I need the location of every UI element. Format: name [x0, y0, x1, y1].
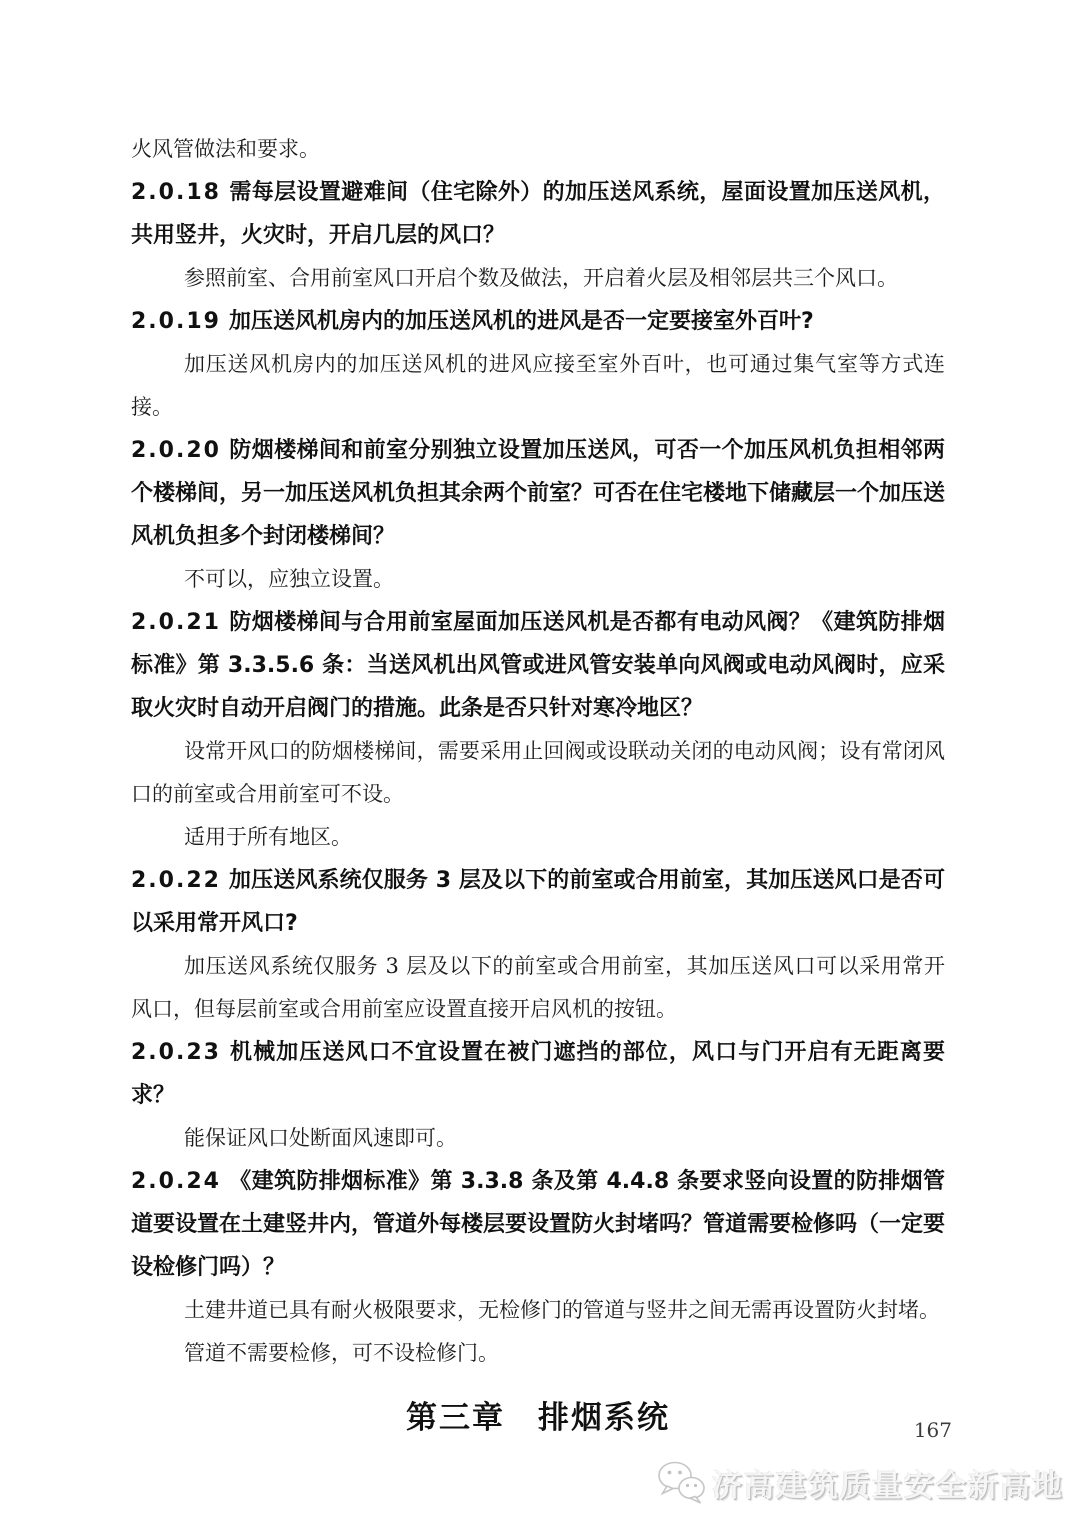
- answer-paragraph: 设常开风口的防烟楼梯间，需要采用止回阀或设联动关闭的电动风阀；设有常闭风口的前室…: [131, 730, 945, 816]
- answer-paragraph: 加压送风系统仅服务 3 层及以下的前室或合用前室，其加压送风口可以采用常开风口，…: [131, 945, 945, 1031]
- question-2-0-18: 2.0.18需每层设置避难间（住宅除外）的加压送风系统，屋面设置加压送风机，共用…: [131, 171, 945, 257]
- answer-paragraph: 参照前室、合用前室风口开启个数及做法，开启着火层及相邻层共三个风口。: [131, 257, 945, 300]
- question-number: 2.0.20: [131, 438, 221, 463]
- watermark: 济高建筑质量安全新高地: [657, 1460, 1064, 1506]
- question-number: 2.0.19: [131, 309, 221, 334]
- question-text: 防烟楼梯间与合用前室屋面加压送风机是否都有电动风阀？《建筑防排烟标准》第 3.3…: [131, 610, 945, 721]
- question-text: 防烟楼梯间和前室分别独立设置加压送风，可否一个加压风机负担相邻两个楼梯间，另一加…: [131, 438, 945, 549]
- question-number: 2.0.24: [131, 1169, 221, 1194]
- question-2-0-23: 2.0.23机械加压送风口不宜设置在被门遮挡的部位，风口与门开启有无距离要求？: [131, 1031, 945, 1117]
- question-2-0-24: 2.0.24《建筑防排烟标准》第 3.3.8 条及第 4.4.8 条要求竖向设置…: [131, 1160, 945, 1289]
- question-2-0-22: 2.0.22加压送风系统仅服务 3 层及以下的前室或合用前室，其加压送风口是否可…: [131, 859, 945, 945]
- question-number: 2.0.21: [131, 610, 221, 635]
- question-2-0-21: 2.0.21防烟楼梯间与合用前室屋面加压送风机是否都有电动风阀？《建筑防排烟标准…: [131, 601, 945, 730]
- watermark-text: 济高建筑质量安全新高地: [712, 1461, 1064, 1505]
- question-2-0-19: 2.0.19加压送风机房内的加压送风机的进风是否一定要接室外百叶?: [131, 300, 945, 343]
- question-number: 2.0.18: [131, 180, 221, 205]
- answer-paragraph: 管道不需要检修，可不设检修门。: [131, 1332, 945, 1375]
- answer-paragraph: 能保证风口处断面风速即可。: [131, 1117, 945, 1160]
- paragraph-continuation: 火风管做法和要求。: [131, 128, 945, 171]
- question-2-0-20: 2.0.20防烟楼梯间和前室分别独立设置加压送风，可否一个加压风机负担相邻两个楼…: [131, 429, 945, 558]
- chapter-heading: 第三章 排烟系统: [131, 1393, 945, 1443]
- question-text: 加压送风系统仅服务 3 层及以下的前室或合用前室，其加压送风口是否可以采用常开风…: [131, 868, 945, 936]
- answer-paragraph: 适用于所有地区。: [131, 816, 945, 859]
- wechat-icon: [657, 1460, 705, 1506]
- question-text: 《建筑防排烟标准》第 3.3.8 条及第 4.4.8 条要求竖向设置的防排烟管道…: [131, 1169, 945, 1280]
- question-number: 2.0.23: [131, 1040, 221, 1065]
- page-number: 167: [914, 1418, 952, 1442]
- document-body: 火风管做法和要求。 2.0.18需每层设置避难间（住宅除外）的加压送风系统，屋面…: [131, 128, 945, 1443]
- question-text: 机械加压送风口不宜设置在被门遮挡的部位，风口与门开启有无距离要求？: [131, 1040, 945, 1108]
- question-text: 加压送风机房内的加压送风机的进风是否一定要接室外百叶?: [229, 309, 814, 334]
- answer-paragraph: 加压送风机房内的加压送风机的进风应接至室外百叶，也可通过集气室等方式连接。: [131, 343, 945, 429]
- answer-paragraph: 土建井道已具有耐火极限要求，无检修门的管道与竖井之间无需再设置防火封堵。: [131, 1289, 945, 1332]
- question-number: 2.0.22: [131, 868, 221, 893]
- answer-paragraph: 不可以，应独立设置。: [131, 558, 945, 601]
- question-text: 需每层设置避难间（住宅除外）的加压送风系统，屋面设置加压送风机，共用竖井，火灾时…: [131, 180, 945, 248]
- document-page: 火风管做法和要求。 2.0.18需每层设置避难间（住宅除外）的加压送风系统，屋面…: [0, 0, 1080, 1527]
